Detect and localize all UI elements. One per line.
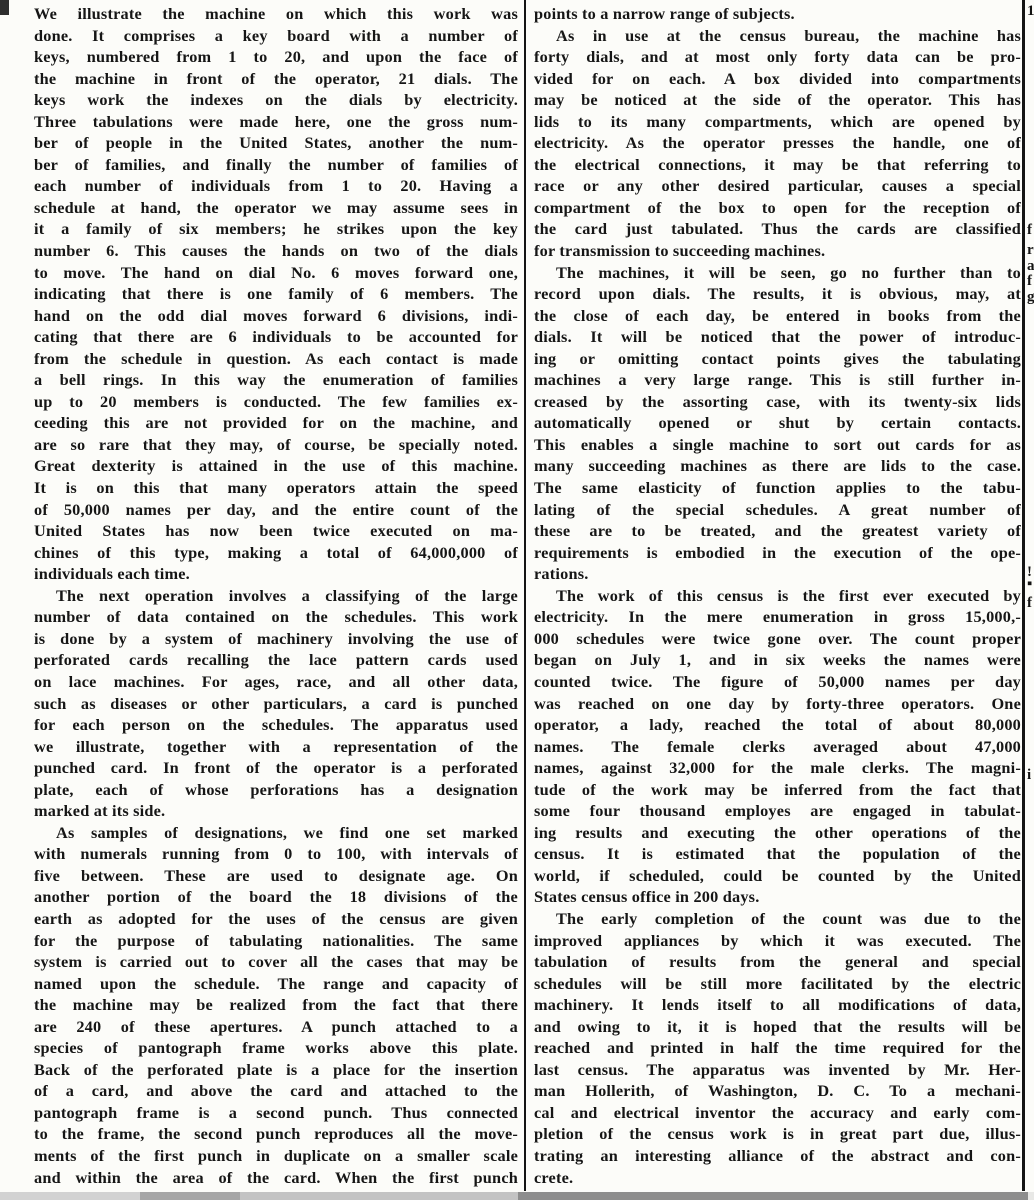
text-line: species of pantograph frame works above … [34, 1037, 518, 1059]
text-line: pletion of the census work is in great p… [534, 1123, 1021, 1145]
text-line: ing or omitting contact points gives the… [534, 348, 1021, 370]
text-line: up to 20 members is conducted. The few f… [34, 391, 518, 413]
text-line: States census office in 200 days. [534, 886, 1021, 908]
text-line: The work of this census is the first eve… [534, 585, 1021, 607]
text-line: each number of individuals from 1 to 20.… [34, 175, 518, 197]
text-line: another portion of the board the 18 divi… [34, 886, 518, 908]
text-line: the machine in front of the operator, 21… [34, 68, 518, 90]
text-line: may be noticed at the side of the operat… [534, 89, 1021, 111]
text-line: reached and printed in half the time req… [534, 1037, 1021, 1059]
text-line: a bell rings. In this way the enumeratio… [34, 369, 518, 391]
text-line: of 50,000 names per day, and the entire … [34, 499, 518, 521]
text-line: indicating that there is one family of 6… [34, 283, 518, 305]
text-line: schedules will be still more facilitated… [534, 973, 1021, 995]
text-line: machines a very large range. This is sti… [534, 369, 1021, 391]
text-line: tude of the work may be inferred from th… [534, 779, 1021, 801]
scan-artifact-top-left [0, 0, 9, 15]
text-line: vided for on each. A box divided into co… [534, 68, 1021, 90]
text-line: many succeeding machines as there are li… [534, 455, 1021, 477]
text-line: The machines, it will be seen, go no fur… [534, 262, 1021, 284]
text-line: such as diseases or other particulars, a… [34, 693, 518, 715]
edge-glyph-fragment: g [1027, 288, 1034, 306]
text-line: perforated cards recalling the lace patt… [34, 649, 518, 671]
text-line: these are to be treated, and the greates… [534, 520, 1021, 542]
text-line: 000 schedules were twice gone over. The … [534, 628, 1021, 650]
text-line: rations. [534, 563, 1021, 585]
text-line: race or any other desired particular, ca… [534, 175, 1021, 197]
text-line: keys work the indexes on the dials by el… [34, 89, 518, 111]
text-line: trating an interesting alliance of the a… [534, 1145, 1021, 1167]
text-line: The early completion of the count was du… [534, 908, 1021, 930]
column-divider-rule [524, 0, 526, 1191]
text-line: individuals each time. [34, 563, 518, 585]
text-line: lating of the special schedules. A great… [534, 499, 1021, 521]
article-column-left: We illustrate the machine on which this … [34, 3, 518, 1188]
text-line: was reached on one day by forty-three op… [534, 693, 1021, 715]
text-line: ber of people in the United States, anot… [34, 132, 518, 154]
text-line: The same elasticity of function applies … [534, 477, 1021, 499]
text-line: tabulation of results from the general a… [534, 951, 1021, 973]
text-line: forty dials, and at most only forty data… [534, 46, 1021, 68]
text-line: As samples of designations, we find one … [34, 822, 518, 844]
text-line: points to a narrow range of subjects. [534, 3, 1021, 25]
text-line: improved appliances by which it was exec… [534, 930, 1021, 952]
text-line: We illustrate the machine on which this … [34, 3, 518, 25]
text-line: ments of the first punch in duplicate on… [34, 1145, 518, 1167]
text-line: of a card, and above the card and attach… [34, 1080, 518, 1102]
scan-edge-segment [140, 1192, 240, 1200]
text-line: five between. These are used to designat… [34, 865, 518, 887]
text-line: for transmission to succeeding machines. [534, 240, 1021, 262]
text-line: man Hollerith, of Washington, D. C. To a… [534, 1080, 1021, 1102]
text-line: dials. It will be noticed that the power… [534, 326, 1021, 348]
text-line: plate, each of whose perforations has a … [34, 779, 518, 801]
text-line: done. It comprises a key board with a nu… [34, 25, 518, 47]
text-line: record upon dials. The results, it is ob… [534, 283, 1021, 305]
text-line: electricity. As the operator presses the… [534, 132, 1021, 154]
text-line: we illustrate, together with a represent… [34, 736, 518, 758]
text-line: named upon the schedule. The range and c… [34, 973, 518, 995]
text-line: requirements is embodied in the executio… [534, 542, 1021, 564]
scan-edge-segment [0, 1192, 140, 1200]
text-line: compartment of the box to open for the r… [534, 197, 1021, 219]
scan-edge-segment [518, 1192, 1028, 1200]
text-line: names. The female clerks averaged about … [534, 736, 1021, 758]
text-line: world, if scheduled, could be counted by… [534, 865, 1021, 887]
text-line: keys, numbered from 1 to 20, and upon th… [34, 46, 518, 68]
text-line: from the schedule in question. As each c… [34, 348, 518, 370]
text-line: the close of each day, be entered in boo… [534, 305, 1021, 327]
text-line: ceeding this are not provided for on the… [34, 412, 518, 434]
text-line: counted twice. The figure of 50,000 name… [534, 671, 1021, 693]
text-line: system is carried out to cover all the c… [34, 951, 518, 973]
text-line: cating that there are 6 individuals to b… [34, 326, 518, 348]
text-line: It is on this that many operators attain… [34, 477, 518, 499]
text-line: schedule at hand, the operator we may as… [34, 197, 518, 219]
edge-glyph-fragment: ▪ [1027, 575, 1034, 593]
text-line: the machine may be realized from the fac… [34, 994, 518, 1016]
edge-glyph-fragment: 1 [1027, 2, 1034, 20]
scan-edge-segment [1028, 1192, 1034, 1200]
text-line: last census. The apparatus was invented … [534, 1059, 1021, 1081]
text-line: Back of the perforated plate is a place … [34, 1059, 518, 1081]
scan-edge-segment [240, 1192, 518, 1200]
text-line: the card just tabulated. Thus the cards … [534, 218, 1021, 240]
text-line: number 6. This causes the hands on two o… [34, 240, 518, 262]
text-line: number of data contained on the schedule… [34, 606, 518, 628]
text-line: and within the area of the card. When th… [34, 1167, 518, 1189]
text-line: The next operation involves a classifyin… [34, 585, 518, 607]
article-column-right: points to a narrow range of subjects.As … [534, 3, 1021, 1188]
text-line: automatically opened or shut by certain … [534, 412, 1021, 434]
text-line: United States has now been twice execute… [34, 520, 518, 542]
text-line: on lace machines. For ages, race, and al… [34, 671, 518, 693]
text-line: for each person on the schedules. The ap… [34, 714, 518, 736]
text-line: punched card. In front of the operator i… [34, 757, 518, 779]
text-line: for the purpose of tabulating nationalit… [34, 930, 518, 952]
text-line: earth as adopted for the uses of the cen… [34, 908, 518, 930]
text-line: the electrical connections, it may be th… [534, 154, 1021, 176]
text-line: crete. [534, 1167, 1021, 1189]
text-line: is done by a system of machinery involvi… [34, 628, 518, 650]
edge-glyph-fragment: f [1027, 594, 1034, 612]
text-line: machinery. It lends itself to all modifi… [534, 994, 1021, 1016]
right-edge-rule [1022, 0, 1025, 1191]
text-line: to the frame, the second punch reproduce… [34, 1123, 518, 1145]
text-line: Three tabulations were made here, one th… [34, 111, 518, 133]
text-line: creased by the assorting case, with its … [534, 391, 1021, 413]
edge-glyph-fragment: f [1027, 221, 1034, 239]
text-line: are 240 of these apertures. A punch atta… [34, 1016, 518, 1038]
text-line: hand on the odd dial moves forward 6 div… [34, 305, 518, 327]
text-line: electricity. In the mere enumeration in … [534, 606, 1021, 628]
text-line: names, against 32,000 for the male clerk… [534, 757, 1021, 779]
text-line: ber of families, and finally the number … [34, 154, 518, 176]
text-line: marked at its side. [34, 800, 518, 822]
text-line: it a family of six members; he strikes u… [34, 218, 518, 240]
edge-glyph-fragment: i [1027, 766, 1034, 784]
text-line: lids to its many compartments, which are… [534, 111, 1021, 133]
text-line: ing results and executing the other oper… [534, 822, 1021, 844]
text-line: This enables a single machine to sort ou… [534, 434, 1021, 456]
text-line: are so rare that they may, of course, be… [34, 434, 518, 456]
text-line: began on July 1, and in six weeks the na… [534, 649, 1021, 671]
text-line: census. It is estimated that the populat… [534, 843, 1021, 865]
text-line: to move. The hand on dial No. 6 moves fo… [34, 262, 518, 284]
text-line: operator, a lady, reached the total of a… [534, 714, 1021, 736]
text-line: chines of this type, making a total of 6… [34, 542, 518, 564]
text-line: some four thousand employes are engaged … [534, 800, 1021, 822]
text-line: with numerals running from 0 to 100, wit… [34, 843, 518, 865]
text-line: and owing to it, it is hoped that the re… [534, 1016, 1021, 1038]
scanned-article-page: We illustrate the machine on which this … [0, 0, 1034, 1200]
text-line: As in use at the census bureau, the mach… [534, 25, 1021, 47]
text-line: cal and electrical inventor the accuracy… [534, 1102, 1021, 1124]
text-line: pantograph frame is a second punch. Thus… [34, 1102, 518, 1124]
text-line: Great dexterity is attained in the use o… [34, 455, 518, 477]
